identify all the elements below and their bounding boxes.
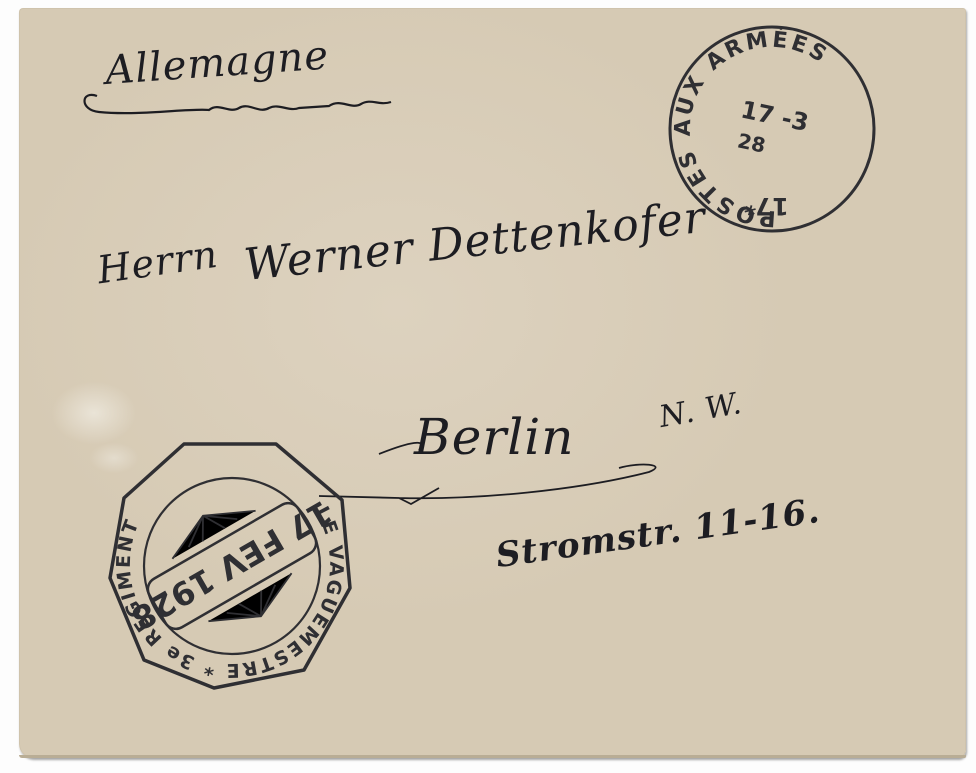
envelope: Allemagne POSTES AUX ARMÉES * 17 17 -3 2…	[19, 8, 966, 758]
postmark-sector: 17	[755, 192, 788, 220]
postmark-octagonal: LE VAGUEMESTRE * 3e REGIMENT 17 FEV 1928	[104, 438, 356, 690]
address-city-underline	[319, 428, 719, 508]
address-salutation: Herrn	[95, 232, 221, 292]
destination-note-flourish	[79, 78, 419, 138]
address-name: Werner Dettenkofer	[242, 192, 708, 291]
postmark-date-line-2: 28	[736, 128, 768, 157]
